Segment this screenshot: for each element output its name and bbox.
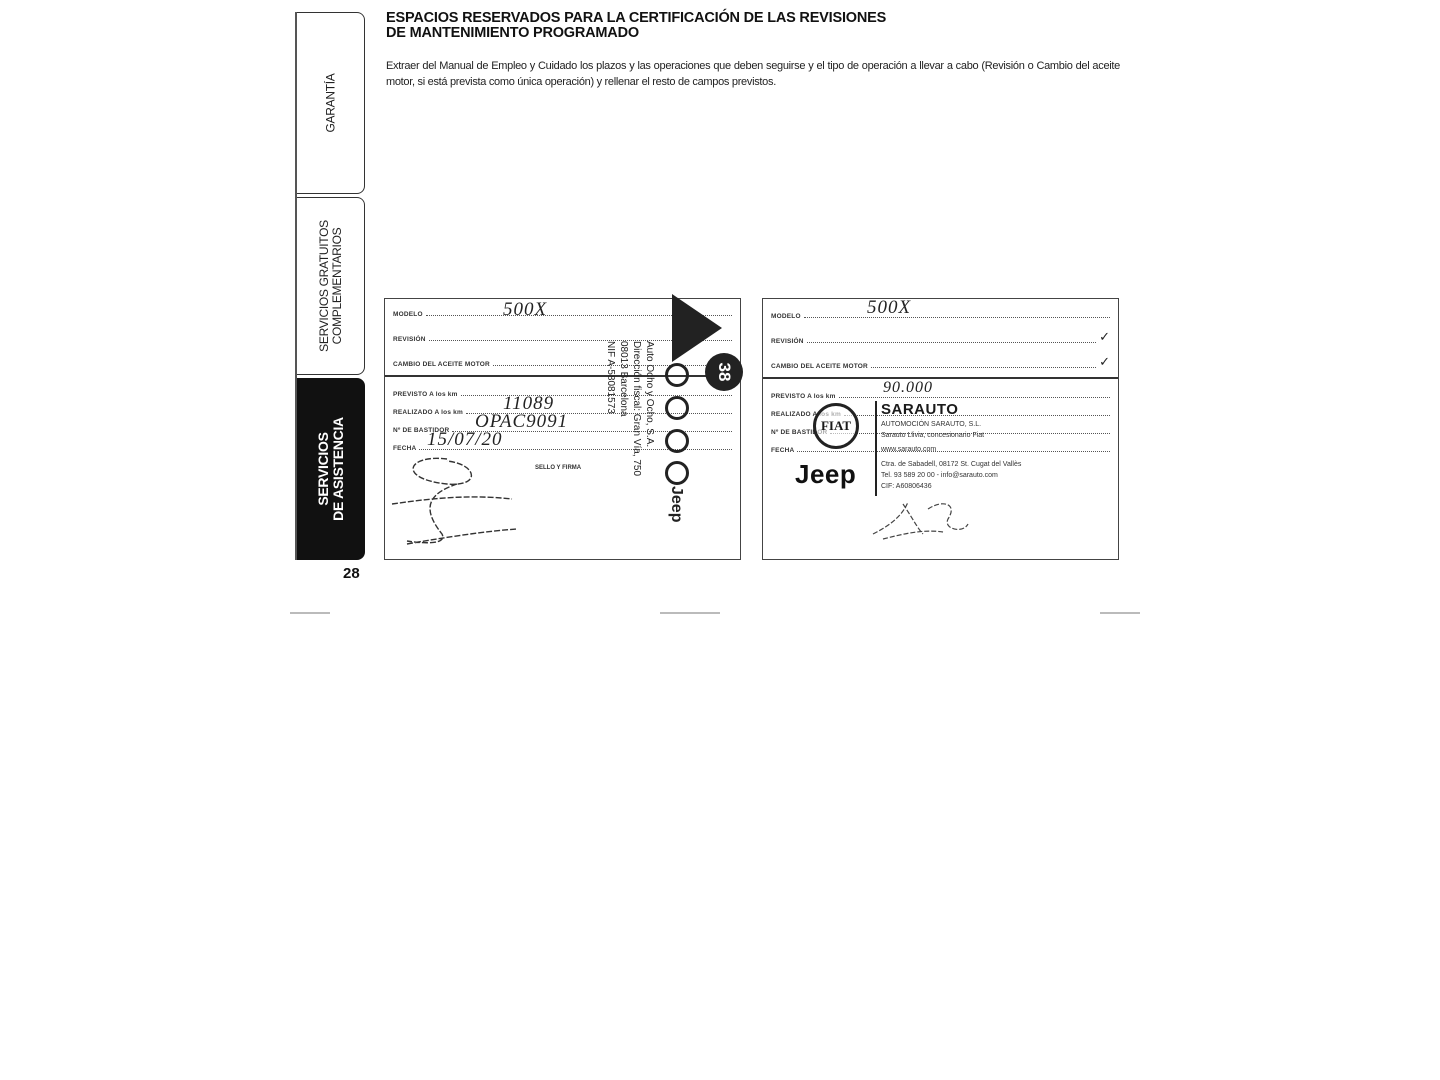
tab-servicios-gratuitos[interactable]: SERVICIOS GRATUITOS COMPLEMENTARIOS — [297, 197, 365, 375]
tab-label: SERVICIOS DE ASISTENCIA — [316, 417, 346, 521]
brand-logo-icon — [665, 461, 689, 485]
brand-logo-icon — [665, 429, 689, 453]
page-number: 28 — [343, 565, 360, 582]
sello-label: SELLO Y FIRMA — [535, 465, 581, 471]
stamp-jeep-logo: Jeep — [667, 486, 685, 522]
stamp-divider — [875, 401, 877, 496]
brand-logo-icon — [665, 363, 689, 387]
value-fecha: 15/07/20 — [427, 429, 503, 451]
label: CAMBIO DEL ACEITE MOTOR — [393, 361, 490, 369]
field-cambio-aceite: CAMBIO DEL ACEITE MOTOR — [771, 357, 1096, 371]
tab-garantia[interactable]: GARANTÍA — [297, 12, 365, 194]
dealer-stamp-left: AUTO 38 Jeep Auto Ocho y Ocho, S.A. Dire… — [585, 301, 735, 551]
separator — [763, 377, 1118, 379]
maintenance-card-2: MODELO 500X REVISIÓN ✓ CAMBIO DEL ACEITE… — [762, 298, 1119, 560]
tab-label: GARANTÍA — [324, 74, 337, 133]
stamp-line: Tel. 93 589 20 00 - info@sarauto.com — [881, 472, 998, 479]
stamp-line: Sarauto Llivia, concesionario Fiat — [881, 432, 984, 439]
label: REVISIÓN — [771, 338, 804, 346]
stamp-brand: SARAUTO — [881, 401, 958, 418]
stamp-city: 08013 Barcelona — [618, 341, 629, 417]
stamp-line: Ctra. de Sabadell, 08172 St. Cugat del V… — [881, 461, 1021, 468]
stamp-company: Auto Ocho y Ocho, S.A. — [644, 341, 655, 447]
scan-artifact — [1100, 612, 1140, 614]
fiat-logo-icon: FIAT — [813, 403, 859, 449]
stamp-nif: NIF A-58081573 — [605, 341, 616, 414]
tab-servicios-asistencia[interactable]: SERVICIOS DE ASISTENCIA — [297, 378, 365, 560]
value-modelo: 500X — [867, 297, 911, 319]
intro-paragraph: Extraer del Manual de Empleo y Cuidado l… — [386, 58, 1120, 90]
badge-38: 38 — [705, 353, 743, 391]
value-previsto: 90.000 — [883, 379, 933, 397]
label: MODELO — [393, 311, 423, 319]
label: PREVISTO A los km — [393, 391, 458, 399]
label: REVISIÓN — [393, 336, 426, 344]
title-line-2: DE MANTENIMIENTO PROGRAMADO — [386, 26, 1086, 41]
stamp-line: www.sarauto.com — [881, 446, 936, 453]
jeep-logo: Jeep — [795, 459, 856, 490]
field-previsto: PREVISTO A los km — [771, 387, 1110, 401]
stamp-line: AUTOMOCIÓN SARAUTO, S.L. — [881, 421, 981, 428]
label: REALIZADO A los km — [393, 409, 463, 417]
scan-artifact — [290, 612, 330, 614]
maintenance-card-1: MODELO 500X REVISIÓN CAMBIO DEL ACEITE M… — [384, 298, 741, 560]
label: PREVISTO A los km — [771, 393, 836, 401]
value-modelo: 500X — [503, 299, 547, 321]
field-modelo: MODELO — [771, 307, 1110, 321]
signature-icon — [387, 449, 527, 549]
check-cambio-aceite-icon: ✓ — [1099, 354, 1110, 370]
auto-a-logo-icon — [672, 294, 722, 362]
stamp-line: CIF: A60806436 — [881, 483, 932, 490]
label: FECHA — [771, 447, 794, 455]
check-revision-icon: ✓ — [1099, 329, 1110, 345]
stamp-address: Dirección fiscal: Gran Vía, 750 — [631, 341, 642, 476]
scan-artifact — [660, 612, 720, 614]
page-title: ESPACIOS RESERVADOS PARA LA CERTIFICACIÓ… — [386, 11, 1086, 41]
label: MODELO — [771, 313, 801, 321]
tab-label: SERVICIOS GRATUITOS COMPLEMENTARIOS — [318, 220, 344, 352]
brand-logo-icon — [665, 396, 689, 420]
title-line-1: ESPACIOS RESERVADOS PARA LA CERTIFICACIÓ… — [386, 11, 1086, 26]
signature-icon — [863, 494, 983, 544]
label: CAMBIO DEL ACEITE MOTOR — [771, 363, 868, 371]
field-revision: REVISIÓN — [771, 332, 1096, 346]
